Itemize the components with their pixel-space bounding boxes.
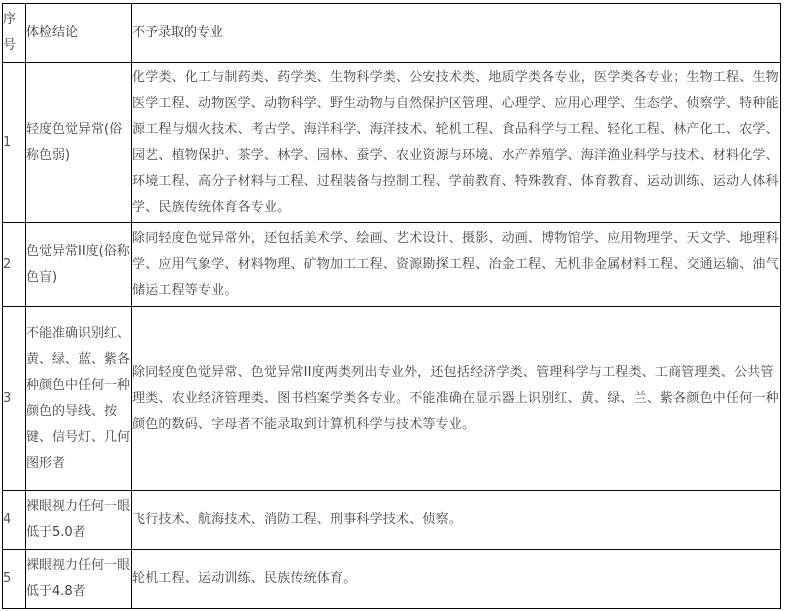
exam-conclusion: 不能准确识别红、黄、绿、蓝、紫各种颜色中任何一种颜色的导线、按键、信号灯、几何图… <box>26 307 132 491</box>
header-serial-number: 序号 <box>3 4 26 63</box>
row-number: 4 <box>3 491 26 550</box>
table-row: 1 轻度色觉异常(俗称色弱) 化学类、化工与制药类、药学类、生物科学类、公安技术… <box>3 63 781 223</box>
header-excluded-majors: 不予录取的专业 <box>132 4 781 63</box>
exam-conclusion: 裸眼视力任何一眼低于4.8者 <box>26 550 132 609</box>
exam-conclusion: 裸眼视力任何一眼低于5.0者 <box>26 491 132 550</box>
row-number: 5 <box>3 550 26 609</box>
excluded-majors: 化学类、化工与制药类、药学类、生物科学类、公安技术类、地质学类各专业，医学类各专… <box>132 63 781 223</box>
table-row: 5 裸眼视力任何一眼低于4.8者 轮机工程、运动训练、民族传统体育。 <box>3 550 781 609</box>
excluded-majors: 除同轻度色觉异常外，还包括美术学、绘画、艺术设计、摄影、动画、博物馆学、应用物理… <box>132 223 781 307</box>
row-number: 2 <box>3 223 26 307</box>
row-number: 3 <box>3 307 26 491</box>
excluded-majors: 轮机工程、运动训练、民族传统体育。 <box>132 550 781 609</box>
table-row: 3 不能准确识别红、黄、绿、蓝、紫各种颜色中任何一种颜色的导线、按键、信号灯、几… <box>3 307 781 491</box>
table-row: 2 色觉异常II度(俗称色盲) 除同轻度色觉异常外，还包括美术学、绘画、艺术设计… <box>3 223 781 307</box>
exam-conclusion: 轻度色觉异常(俗称色弱) <box>26 63 132 223</box>
header-exam-conclusion: 体检结论 <box>26 4 132 63</box>
exam-conclusion: 色觉异常II度(俗称色盲) <box>26 223 132 307</box>
table-header-row: 序号 体检结论 不予录取的专业 <box>3 4 781 63</box>
excluded-majors: 飞行技术、航海技术、消防工程、刑事科学技术、侦察。 <box>132 491 781 550</box>
table-row: 4 裸眼视力任何一眼低于5.0者 飞行技术、航海技术、消防工程、刑事科学技术、侦… <box>3 491 781 550</box>
excluded-majors: 除同轻度色觉异常、色觉异常II度两类列出专业外，还包括经济学类、管理科学与工程类… <box>132 307 781 491</box>
row-number: 1 <box>3 63 26 223</box>
admission-restrictions-table: 序号 体检结论 不予录取的专业 1 轻度色觉异常(俗称色弱) 化学类、化工与制药… <box>2 3 781 609</box>
